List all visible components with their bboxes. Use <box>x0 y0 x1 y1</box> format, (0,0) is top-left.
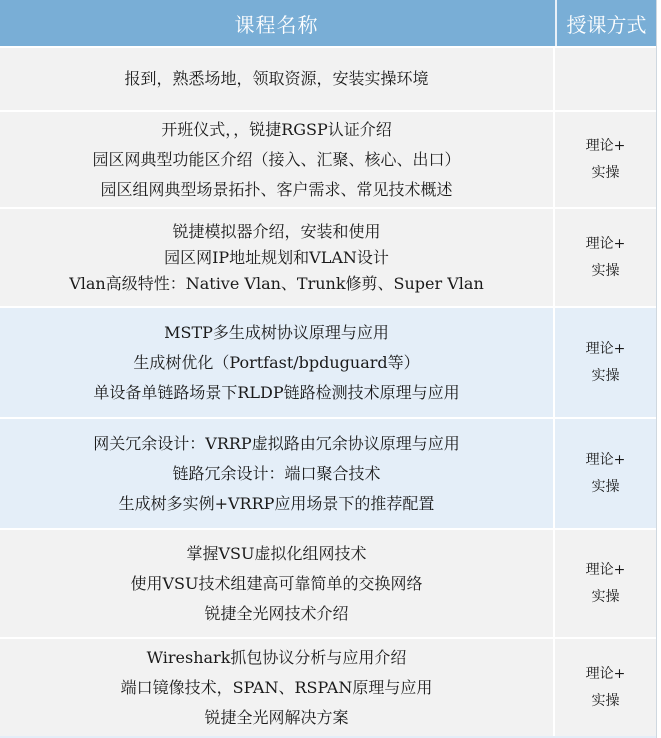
table-right-border <box>656 0 661 738</box>
mode-line: 实操 <box>592 160 620 187</box>
course-name-cell: 开班仪式，，锐捷RGSP认证介绍 园区网典型功能区介绍（接入、汇聚、核心、出口）… <box>0 112 553 207</box>
course-line: 报到，熟悉场地，领取资源，安装实操环境 <box>124 64 428 94</box>
mode-line: 实操 <box>592 258 620 285</box>
course-line: 锐捷全光网技术介绍 <box>204 599 348 629</box>
course-line: 开班仪式，，锐捷RGSP认证介绍 <box>161 115 392 145</box>
course-line: 单设备单链路场景下RLDP链路检测技术原理与应用 <box>93 378 459 408</box>
course-line: Vlan高级特性：Native Vlan、Trunk修剪、Super Vlan <box>69 271 484 297</box>
table-row: MSTP多生成树协议原理与应用 生成树优化（Portfast/bpduguard… <box>0 308 656 417</box>
mode-line: 实操 <box>592 363 620 390</box>
course-line: 园区网典型功能区介绍（接入、汇聚、核心、出口） <box>92 145 460 175</box>
course-line: 使用VSU技术组建高可靠简单的交换网络 <box>130 569 422 599</box>
table-row: 报到，熟悉场地，领取资源，安装实操环境 <box>0 48 656 110</box>
table-header: 课程名称 授课方式 <box>0 0 656 48</box>
course-name-cell: 锐捷模拟器介绍，安装和使用 园区网IP地址规划和VLAN设计 Vlan高级特性：… <box>0 209 553 306</box>
mode-line: 理论+ <box>586 447 626 474</box>
header-course-name: 课程名称 <box>0 0 553 46</box>
mode-line: 实操 <box>592 584 620 611</box>
teaching-mode-cell: 理论+ 实操 <box>555 530 656 637</box>
mode-line: 理论+ <box>586 336 626 363</box>
course-line: 锐捷模拟器介绍，安装和使用 <box>172 219 380 245</box>
table-row: 网关冗余设计：VRRP虚拟路由冗余协议原理与应用 链路冗余设计：端口聚合技术 生… <box>0 419 656 528</box>
course-line: 生成树多实例+VRRP应用场景下的推荐配置 <box>119 489 435 519</box>
mode-line: 理论+ <box>586 661 626 688</box>
course-line: 生成树优化（Portfast/bpduguard等） <box>133 348 419 378</box>
mode-line: 理论+ <box>586 557 626 584</box>
header-teaching-mode: 授课方式 <box>555 0 656 46</box>
table-row: 掌握VSU虚拟化组网技术 使用VSU技术组建高可靠简单的交换网络 锐捷全光网技术… <box>0 530 656 637</box>
course-name-cell: MSTP多生成树协议原理与应用 生成树优化（Portfast/bpduguard… <box>0 308 553 417</box>
course-line: 锐捷全光网解决方案 <box>204 703 348 733</box>
course-line: 掌握VSU虚拟化组网技术 <box>186 539 366 569</box>
teaching-mode-cell: 理论+ 实操 <box>555 308 656 417</box>
mode-line: 实操 <box>592 688 620 715</box>
course-line: 网关冗余设计：VRRP虚拟路由冗余协议原理与应用 <box>93 429 459 459</box>
teaching-mode-cell: 理论+ 实操 <box>555 639 656 736</box>
course-line: 端口镜像技术，SPAN、RSPAN原理与应用 <box>121 673 433 703</box>
course-line: 园区组网典型场景拓扑、客户需求、常见技术概述 <box>100 175 452 205</box>
course-line: 园区网IP地址规划和VLAN设计 <box>164 245 389 271</box>
course-line: 链路冗余设计：端口聚合技术 <box>172 459 380 489</box>
course-name-cell: 掌握VSU虚拟化组网技术 使用VSU技术组建高可靠简单的交换网络 锐捷全光网技术… <box>0 530 553 637</box>
table-row: Wireshark抓包协议分析与应用介绍 端口镜像技术，SPAN、RSPAN原理… <box>0 639 656 736</box>
course-name-cell: 报到，熟悉场地，领取资源，安装实操环境 <box>0 48 553 110</box>
course-name-cell: Wireshark抓包协议分析与应用介绍 端口镜像技术，SPAN、RSPAN原理… <box>0 639 553 736</box>
course-name-cell: 网关冗余设计：VRRP虚拟路由冗余协议原理与应用 链路冗余设计：端口聚合技术 生… <box>0 419 553 528</box>
teaching-mode-cell: 理论+ 实操 <box>555 419 656 528</box>
teaching-mode-cell: 理论+ 实操 <box>555 209 656 306</box>
course-line: MSTP多生成树协议原理与应用 <box>164 318 389 348</box>
course-line: Wireshark抓包协议分析与应用介绍 <box>147 643 407 673</box>
mode-line: 实操 <box>592 474 620 501</box>
teaching-mode-cell <box>555 48 656 110</box>
table-row: 开班仪式，，锐捷RGSP认证介绍 园区网典型功能区介绍（接入、汇聚、核心、出口）… <box>0 112 656 207</box>
mode-line: 理论+ <box>586 133 626 160</box>
mode-line: 理论+ <box>586 231 626 258</box>
teaching-mode-cell: 理论+ 实操 <box>555 112 656 207</box>
table-row: 锐捷模拟器介绍，安装和使用 园区网IP地址规划和VLAN设计 Vlan高级特性：… <box>0 209 656 306</box>
